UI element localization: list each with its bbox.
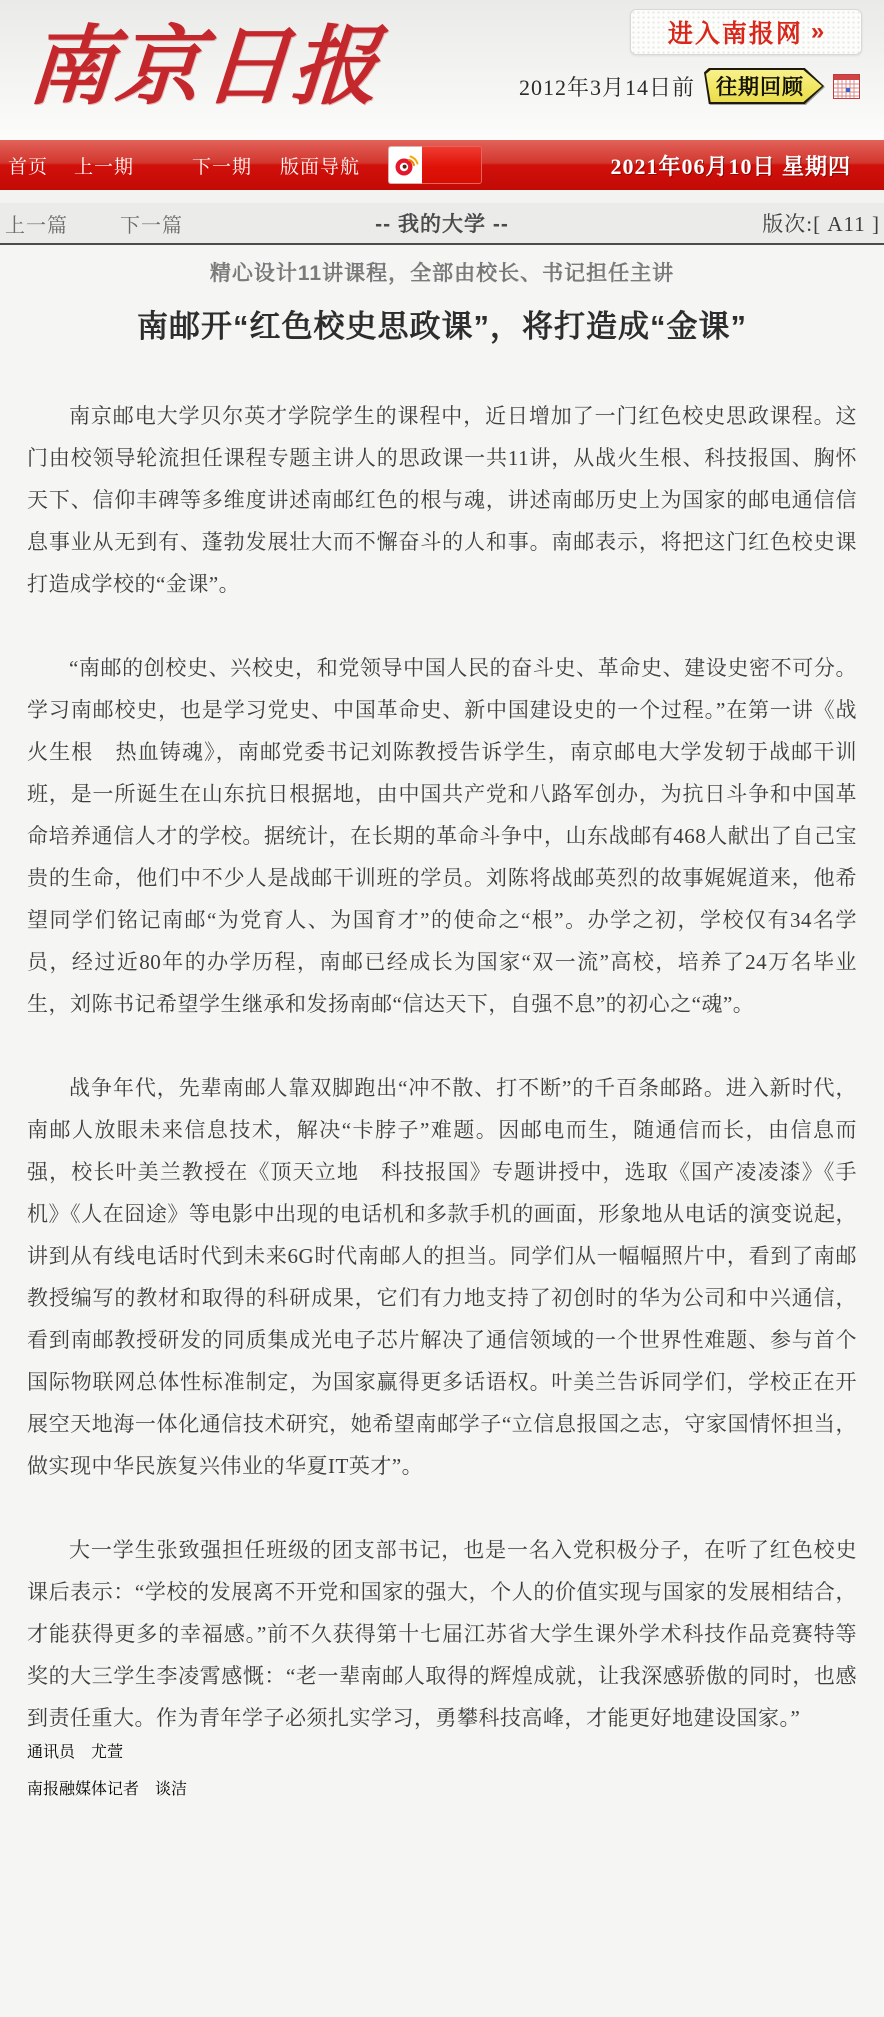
past-issues-label: 往期回顾 (716, 71, 804, 101)
next-article-link[interactable]: 下一篇 (120, 209, 183, 238)
newspaper-logo[interactable]: 南京日报 (23, 2, 384, 132)
masthead: 南京日报 进入南报网 » 2012年3月14日前 往期回顾 (0, 0, 884, 140)
double-chevron-right-icon: » (811, 18, 824, 46)
article-kicker: 精心设计11讲课程，全部由校长、书记担任主讲 (27, 259, 857, 289)
weibo-follow-banner[interactable] (422, 146, 482, 184)
archive-date-label: 2012年3月14日前 (519, 71, 695, 102)
page-number-label: 版次:[ A11 ] (762, 208, 880, 238)
article-headline: 南邮开“红色校史思政课”，将打造成“金课” (27, 305, 857, 349)
article-body: 南京邮电大学贝尔英才学院学生的课程中，近日增加了一门红色校史思政课程。这门由校领… (27, 395, 857, 1739)
weibo-icon[interactable] (388, 146, 422, 184)
article: 精心设计11讲课程，全部由校长、书记担任主讲 南邮开“红色校史思政课”，将打造成… (0, 245, 884, 1847)
nav-item-home[interactable]: 首页 (8, 152, 48, 179)
calendar-icon[interactable] (833, 74, 860, 99)
article-paragraph: 南京邮电大学贝尔英才学院学生的课程中，近日增加了一门红色校史思政课程。这门由校领… (27, 395, 857, 605)
past-issues-button-face: 往期回顾 (706, 70, 822, 102)
correspondent-line: 通讯员 尤萱 (27, 1739, 857, 1762)
nav-item-page-navigation[interactable]: 版面导航 (280, 152, 360, 179)
main-nav: 首页 上一期 下一期 版面导航 2021年06月10日 星期四 (0, 140, 884, 190)
enter-site-button[interactable]: 进入南报网 » (630, 9, 862, 55)
issue-date-label: 2021年06月10日 星期四 (610, 150, 851, 181)
enter-site-label: 进入南报网 (668, 14, 803, 50)
previous-article-link[interactable]: 上一篇 (5, 209, 68, 238)
nav-item-next-issue[interactable]: 下一期 (192, 152, 252, 179)
past-issues-button[interactable]: 往期回顾 (704, 68, 824, 104)
article-paragraph: 战争年代，先辈南邮人靠双脚跑出“冲不散、打不断”的千百条邮路。进入新时代，南邮人… (27, 1067, 857, 1487)
article-paragraph: 大一学生张致强担任班级的团支部书记，也是一名入党积极分子，在听了红色校史课后表示… (27, 1529, 857, 1739)
reporter-line: 南报融媒体记者 谈洁 (27, 1776, 857, 1799)
newspaper-page: 南京日报 进入南报网 » 2012年3月14日前 往期回顾 (0, 0, 884, 2017)
nav-item-previous-issue[interactable]: 上一期 (74, 152, 134, 179)
archive-row: 2012年3月14日前 往期回顾 (519, 66, 860, 106)
article-paragraph: “南邮的创校史、兴校史，和党领导中国人民的奋斗史、革命史、建设史密不可分。学习南… (27, 647, 857, 1025)
article-nav: 上一篇 下一篇 -- 我的大学 -- 版次:[ A11 ] (0, 203, 884, 245)
nav-gap (0, 190, 884, 203)
